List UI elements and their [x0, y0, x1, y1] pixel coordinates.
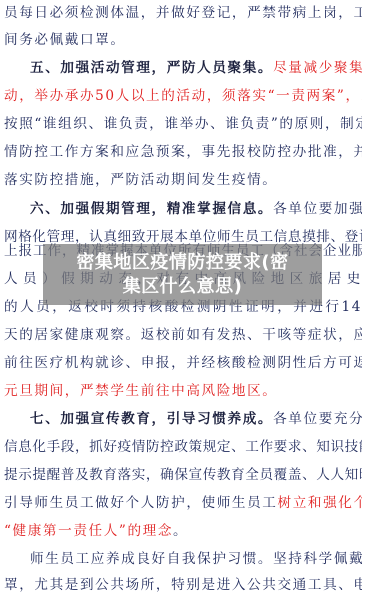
text-segment: 师生员工应养成良好自我保护习惯。坚持科学佩戴口	[30, 551, 362, 567]
text-segment: 按照“谁组织、谁负责，谁举办、谁负责”的原则，制定疫	[4, 116, 362, 132]
text-segment: 提示提醒普及教育落实，确保宣传教育全员覆盖、人人知晓，	[4, 467, 362, 483]
text-line: 元旦期间，严禁学生前往中高风险地区。	[4, 380, 362, 402]
overlay-title-line-2: 集区什么意思)	[123, 275, 243, 299]
text-line: 按照“谁组织、谁负责，谁举办、谁负责”的原则，制定疫	[4, 113, 362, 135]
heading-text: 六、加强假期管理，精准掌握信息。	[30, 201, 273, 217]
text-segment: 员每日必须检测体温，并做好登记，严禁带病上岗，工作期	[4, 5, 362, 21]
text-line: 引导师生员工做好个人防护，使师生员工树立和强化个人是	[4, 492, 362, 514]
text-segment: 。	[173, 523, 188, 539]
text-line: “健康第一责任人”的理念。	[4, 520, 362, 542]
highlight-text: 树立和强化个人是	[278, 495, 363, 511]
text-segment: 各单位要充分利用	[273, 411, 362, 427]
text-segment: 天的居家健康观察。返校前如有发热、干咳等症状，应立即	[4, 327, 362, 343]
heading-text: 七、加强宣传教育，引导习惯养成。	[30, 411, 273, 427]
text-line: 情防控工作方案和应急预案，事先报校防控办批准，并严格	[4, 141, 362, 163]
text-line: 天的居家健康观察。返校前如有发热、干咳等症状，应立即	[4, 324, 362, 346]
highlight-text: 元旦期间，严禁学生前往中高风险地区。	[4, 383, 278, 399]
section-heading-6: 六、加强假期管理，精准掌握信息。各单位要加强人员	[30, 198, 362, 220]
overlay-title-line-1: 密集地区疫情防控要求(密	[76, 251, 288, 275]
section-heading-7: 七、加强宣传教育，引导习惯养成。各单位要充分利用	[30, 408, 362, 430]
text-line: 提示提醒普及教育落实，确保宣传教育全员覆盖、人人知晓，	[4, 464, 362, 486]
section-heading-5: 五、加强活动管理，严防人员聚集。尽量减少聚集性活	[30, 57, 362, 79]
highlight-text: 尽量减少聚集性活	[273, 60, 362, 76]
text-line: 员每日必须检测体温，并做好登记，严禁带病上岗，工作期	[4, 2, 362, 24]
text-segment: 信息化手段，抓好疫情防控政策规定、工作要求、知识技能、	[4, 439, 362, 455]
text-line: 动，举办承办50人以上的活动，须落实“一责两案”，即	[4, 85, 362, 107]
highlight-text: “健康第一责任人”的理念	[4, 523, 173, 539]
highlight-text: 动，举办承办50人以上的活动，须落实“一责两案”，即	[4, 88, 362, 104]
title-overlay-banner: 密集地区疫情防控要求(密 集区什么意思)	[43, 244, 322, 305]
text-line: 落实防控措施，严防活动期间发生疫情。	[4, 169, 362, 191]
text-segment: 落实防控措施，严防活动期间发生疫情。	[4, 172, 278, 188]
text-segment: 罩，尤其是到公共场所，特别是进入公共交通工具、电梯等	[4, 577, 362, 593]
text-segment: 前往医疗机构就诊、申报，并经核酸检测阴性后方可返校。	[4, 355, 362, 371]
text-segment: 间务必佩戴口罩。	[4, 32, 126, 48]
text-line: 师生员工应养成良好自我保护习惯。坚持科学佩戴口	[30, 548, 362, 570]
text-line: 间务必佩戴口罩。	[4, 29, 362, 51]
heading-text: 五、加强活动管理，严防人员聚集。	[30, 60, 273, 76]
text-segment: 情防控工作方案和应急预案，事先报校防控办批准，并严格	[4, 144, 362, 160]
text-line: 信息化手段，抓好疫情防控政策规定、工作要求、知识技能、	[4, 436, 362, 458]
text-line: 罩，尤其是到公共场所，特别是进入公共交通工具、电梯等	[4, 574, 362, 595]
overlay-title: 密集地区疫情防控要求(密 集区什么意思)	[43, 244, 322, 305]
text-segment: 引导师生员工做好个人防护，使师生员工	[4, 495, 278, 511]
text-line: 前往医疗机构就诊、申报，并经核酸检测阴性后方可返校。	[4, 352, 362, 374]
text-segment: 各单位要加强人员	[273, 201, 362, 217]
